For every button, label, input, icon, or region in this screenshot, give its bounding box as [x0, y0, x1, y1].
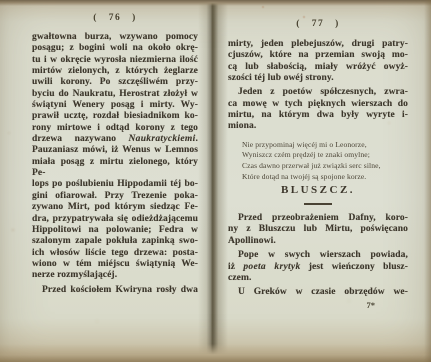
signature-mark: 7* [228, 300, 408, 310]
right-page: ( 77 ) mirty, jeden plebejuszów, drugi p… [228, 0, 408, 310]
paragraph: Przed kościołem Kwiryna rosły dwa [32, 285, 198, 296]
text-line: Przed przeobrażeniem Dafny, koro- [228, 213, 408, 224]
paragraph: Przed przeobrażeniem Dafny, koro-ny z Bl… [228, 213, 408, 247]
text-line: miona. [228, 121, 408, 132]
text-line: ich włosów liście tego drzewa: posta- [32, 248, 198, 259]
page-number-right: ( 77 ) [228, 19, 408, 29]
text-line: rony mirtowe i odtąd korony z tego [32, 123, 198, 134]
chapter-heading: BLUSZCZ. [228, 184, 408, 196]
page-edge-right [424, 0, 431, 362]
text-line: gwałtowna burza, wzywano pomocy [32, 32, 198, 43]
text-line: Przed kościołem Kwiryna rosły dwa [32, 285, 198, 296]
text-line: Czas dawno przerwał już związki serc sil… [242, 161, 408, 172]
text-line: mirtów zielonych, z których żeglarze [32, 66, 198, 77]
text-line: lops po poślubieniu Hippodamii téj bo- [32, 179, 198, 190]
text-line: mirty, jeden plebejuszów, drugi patry- [228, 39, 408, 50]
left-page-body: gwałtowna burza, wzywano pomocyposągu; z… [32, 32, 198, 296]
text-line: cą lub słabością, miały wróżyć owyż- [228, 62, 408, 73]
text-line: Jeden z poetów spółczesnych, zwra- [228, 87, 408, 98]
text-line: gini ofiarował. Przy Trezenie poka- [32, 191, 198, 202]
text-line: zywano Mirt, pod którym siedząc Fe- [32, 202, 198, 213]
foxing-spots [0, 0, 2, 2]
verse-block: Nie przypominaj więcéj mi o Leonorze,Wyn… [228, 140, 408, 182]
text-line: tu i w okręcie wyrosła niezmierna ilość [32, 55, 198, 66]
text-line: Apollinowi. [228, 236, 408, 247]
book-spread: ( 76 ) gwałtowna burza, wzywano pomocypo… [0, 0, 431, 362]
text-line: ny z Bluszczu lub Mirtu, poświęcano [228, 224, 408, 235]
paragraph: mirty, jeden plebejuszów, drugi patry-cj… [228, 39, 408, 84]
paragraph: Pope w swych wierszach powiada,iż poeta … [228, 250, 408, 284]
text-line: nerze rozmyślającéj. [32, 270, 198, 281]
left-page: ( 76 ) gwałtowna burza, wzywano pomocypo… [32, 0, 198, 296]
text-line: drzewa nazywano Naukratyckiemi. [32, 134, 198, 145]
text-line: iż poeta krytyk jest wieńczony blusz- [228, 262, 408, 273]
text-line: posągu; z bogini woli na około okrę- [32, 43, 198, 54]
text-line: szalonym zapale pokłuła zapinką swo- [32, 236, 198, 247]
text-line: dra, przypatrywała się odieżdżającemu [32, 214, 198, 225]
text-line: Pope w swych wierszach powiada, [228, 250, 408, 261]
text-line: byciu do Naukratu, Herostrat złożył w [32, 89, 198, 100]
section-rule [304, 203, 332, 205]
text-line: Które dotąd na twojéj są spojone korze. [242, 172, 408, 183]
text-line: Wyniszcz czém prędzéj te znaki omylne; [242, 150, 408, 161]
text-line: świątyni Wenery posąg i mirty. Wy- [32, 100, 198, 111]
text-line: cjuszów, które na przemian swoją mo- [228, 50, 408, 61]
page-edge-bottom [0, 344, 431, 362]
page-number-left: ( 76 ) [32, 13, 198, 23]
text-line: miała posąg z mirtu zielonego, który Pe- [32, 157, 198, 180]
paragraph: gwałtowna burza, wzywano pomocyposągu; z… [32, 32, 198, 282]
gutter-shadow [198, 0, 228, 362]
text-line: Nie przypominaj więcéj mi o Leonorze, [242, 140, 408, 151]
right-page-body: mirty, jeden plebejuszów, drugi patry-cj… [228, 39, 408, 310]
text-line: ca mowę w tych pięknych wierszach do [228, 99, 408, 110]
text-line: Pauzaniasz mówi, iż Wenus w Lemnos [32, 145, 198, 156]
text-line: prawił ucztę, rozdał biesiadnikom ko- [32, 111, 198, 122]
text-line: uwili korony. Po szczęśliwém przy- [32, 77, 198, 88]
text-line: wiono w tém miéjscu świątynią We- [32, 259, 198, 270]
text-line: szości téj lub owéj strony. [228, 73, 408, 84]
paragraph: U Greków w czasie obrzędów we- [228, 287, 408, 298]
text-line: Hippolitowi na polowanie; Fedra w [32, 225, 198, 236]
paragraph: Jeden z poetów spółczesnych, zwra-ca mow… [228, 87, 408, 132]
text-line: czem. [228, 273, 408, 284]
text-line: U Greków w czasie obrzędów we- [228, 287, 408, 298]
text-line: mirtu, na którym dwa były wyryte i- [228, 110, 408, 121]
